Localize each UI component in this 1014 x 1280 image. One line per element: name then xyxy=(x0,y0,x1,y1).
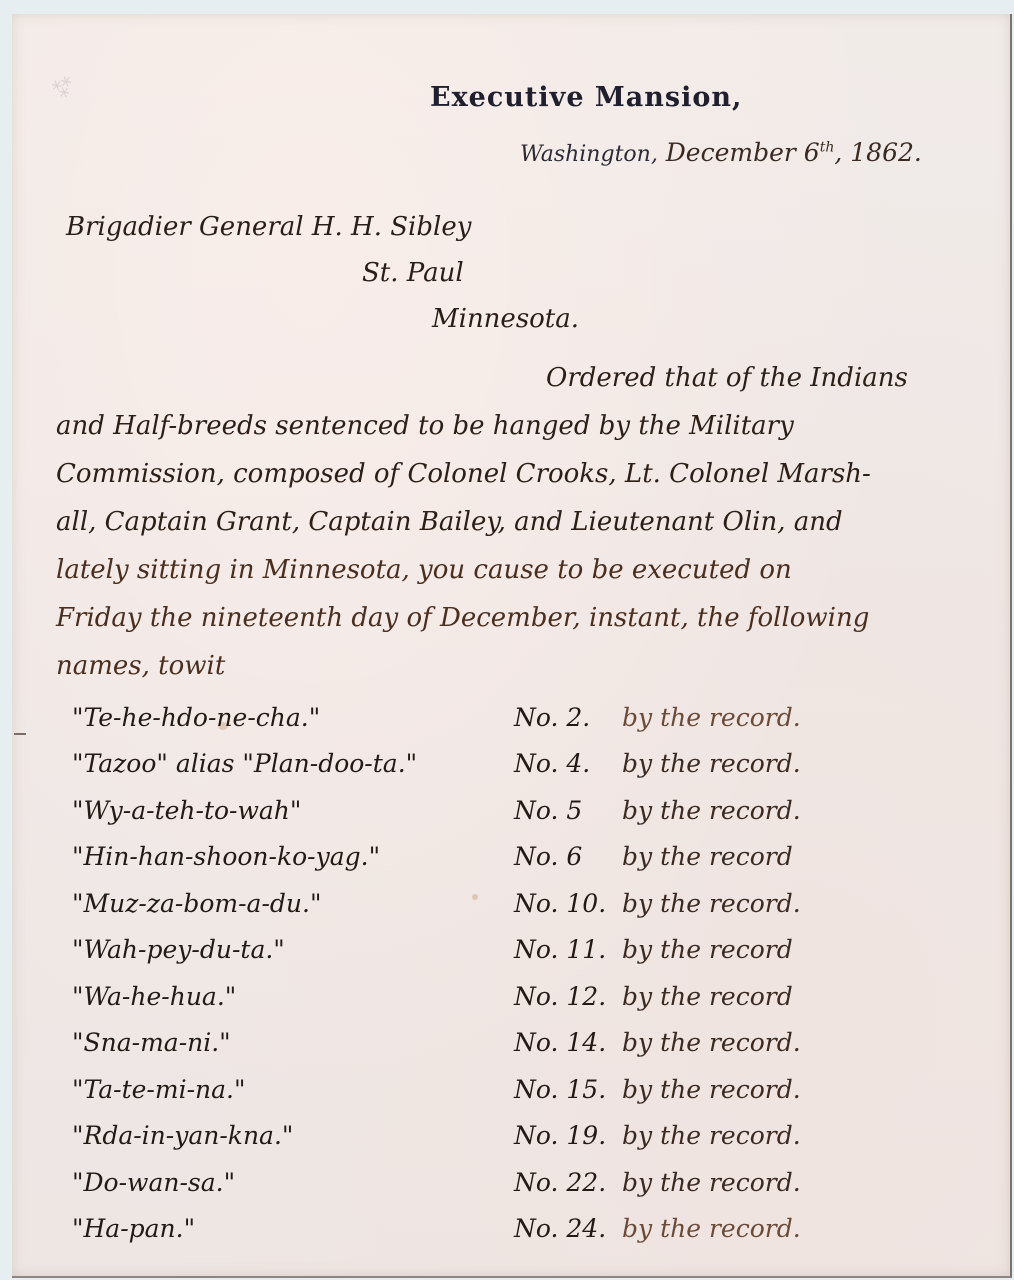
prisoner-name: "Tazoo" alias "Plan-doo-ta." xyxy=(72,749,514,778)
prisoner-name: "Do-wan-sa." xyxy=(72,1168,514,1197)
dateline-year: , 1862. xyxy=(834,138,921,167)
list-item: "Ta-te-mi-na." No. 15. by the record. xyxy=(72,1066,972,1113)
record-reference: by the record. xyxy=(622,1214,801,1243)
record-reference: by the record xyxy=(622,935,793,964)
record-reference: by the record. xyxy=(622,796,801,825)
record-number: No. 5 xyxy=(514,796,622,825)
record-reference: by the record. xyxy=(622,1121,801,1150)
margin-tick-mark xyxy=(14,733,26,735)
record-number: No. 2. xyxy=(514,703,622,732)
prisoner-name: "Hin-han-shoon-ko-yag." xyxy=(72,842,514,871)
record-number: No. 15. xyxy=(514,1075,622,1104)
condemned-names-list: "Te-he-hdo-ne-cha." No. 2. by the record… xyxy=(72,694,972,1252)
list-item: "Wa-he-hua." No. 12. by the record xyxy=(72,973,972,1020)
list-item: "Tazoo" alias "Plan-doo-ta." No. 4. by t… xyxy=(72,741,972,788)
body-line: Ordered that of the Indians xyxy=(56,354,996,402)
record-number: No. 10. xyxy=(514,889,622,918)
body-line: Commission, composed of Colonel Crooks, … xyxy=(56,450,996,498)
dateline-month-day: December 6 xyxy=(666,138,820,167)
record-reference: by the record xyxy=(622,982,793,1011)
record-number: No. 12. xyxy=(514,982,622,1011)
list-item: "Rda-in-yan-kna." No. 19. by the record. xyxy=(72,1113,972,1160)
record-reference: by the record. xyxy=(622,749,801,778)
record-number: No. 4. xyxy=(514,749,622,778)
prisoner-name: "Wah-pey-du-ta." xyxy=(72,935,514,964)
list-item: "Hin-han-shoon-ko-yag." No. 6 by the rec… xyxy=(72,834,972,881)
record-number: No. 6 xyxy=(514,842,622,871)
list-item: "Ha-pan." No. 24. by the record. xyxy=(72,1206,972,1253)
pencil-mark: ⁂ xyxy=(49,73,77,99)
list-item: "Do-wan-sa." No. 22. by the record. xyxy=(72,1159,972,1206)
dateline: Washington, December 6th, 1862. xyxy=(520,138,922,167)
record-reference: by the record. xyxy=(622,889,801,918)
record-number: No. 24. xyxy=(514,1214,622,1243)
record-reference: by the record. xyxy=(622,1075,801,1104)
record-reference: by the record. xyxy=(622,1168,801,1197)
addressee-name: Brigadier General H. H. Sibley xyxy=(66,212,471,242)
prisoner-name: "Sna-ma-ni." xyxy=(72,1028,514,1057)
prisoner-name: "Muz-za-bom-a-du." xyxy=(72,889,514,918)
letterhead-title: Executive Mansion, xyxy=(430,82,742,113)
addressee-city: St. Paul xyxy=(362,258,464,288)
record-number: No. 11. xyxy=(514,935,622,964)
prisoner-name: "Ha-pan." xyxy=(72,1214,514,1243)
dateline-ordinal: th xyxy=(820,140,835,156)
record-number: No. 22. xyxy=(514,1168,622,1197)
record-reference: by the record. xyxy=(622,1028,801,1057)
body-line: and Half-breeds sentenced to be hanged b… xyxy=(56,402,996,450)
prisoner-name: "Te-he-hdo-ne-cha." xyxy=(72,703,514,732)
dateline-place: Washington, xyxy=(520,142,658,167)
body-line: names, towit xyxy=(56,642,996,690)
list-item: "Sna-ma-ni." No. 14. by the record. xyxy=(72,1020,972,1067)
letter-body: Ordered that of the Indians and Half-bre… xyxy=(56,354,996,690)
prisoner-name: "Ta-te-mi-na." xyxy=(72,1075,514,1104)
body-line: all, Captain Grant, Captain Bailey, and … xyxy=(56,498,996,546)
record-number: No. 19. xyxy=(514,1121,622,1150)
prisoner-name: "Wy-a-teh-to-wah" xyxy=(72,796,514,825)
list-item: "Wy-a-teh-to-wah" No. 5 by the record. xyxy=(72,787,972,834)
list-item: "Te-he-hdo-ne-cha." No. 2. by the record… xyxy=(72,694,972,741)
record-reference: by the record. xyxy=(622,703,801,732)
record-number: No. 14. xyxy=(514,1028,622,1057)
record-reference: by the record xyxy=(622,842,793,871)
prisoner-name: "Rda-in-yan-kna." xyxy=(72,1121,514,1150)
body-line: Friday the nineteenth day of December, i… xyxy=(56,594,996,642)
addressee-state: Minnesota. xyxy=(432,304,579,334)
body-line: lately sitting in Minnesota, you cause t… xyxy=(56,546,996,594)
prisoner-name: "Wa-he-hua." xyxy=(72,982,514,1011)
list-item: "Muz-za-bom-a-du." No. 10. by the record… xyxy=(72,880,972,927)
list-item: "Wah-pey-du-ta." No. 11. by the record xyxy=(72,927,972,974)
